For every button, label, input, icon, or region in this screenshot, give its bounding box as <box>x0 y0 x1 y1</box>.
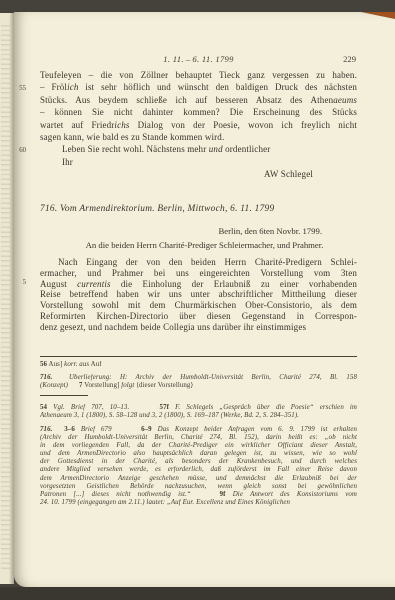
text-line: 54 Vgl. Brief 707, 10–13. 57f F. Schlege… <box>40 404 357 412</box>
running-head: 1. 11. – 6. 11. 1799 229 <box>40 53 357 65</box>
text-line: August currentis die Einholung der Erlau… <box>40 279 357 290</box>
apparatus-entry-letter-716: 716. Überlieferung: H: Archiv der Humbol… <box>40 374 357 391</box>
text-line: Athenaeum 3, 1 (1800), S. 58–128 und 3, … <box>40 412 357 420</box>
text-line: Reformirten Kirchen-Directorio über dies… <box>40 311 357 322</box>
text-line: Stücks. Aus beydem schließe ich auf bess… <box>40 94 357 106</box>
text-line: Patronen [...] dieses nicht nothwendig i… <box>40 491 357 499</box>
text-line: (Konzept) 7 Vorstellung] folgt ⟨dieser V… <box>40 382 357 390</box>
text-line: denz gesezt, und nachdem beide Collegia … <box>40 322 357 333</box>
text-line: 716. 3–6 Brief 679 6–9 Das Konzept beide… <box>40 426 357 434</box>
text-line: und dem ArmenDirectorio also hauptsächli… <box>40 450 357 458</box>
page-number: 229 <box>343 53 356 65</box>
letter-716-dateline: Berlin, den 6ten Novbr. 1799. <box>40 226 322 236</box>
text-line: in dem vorliegenden Fall, da der Charité… <box>40 442 357 450</box>
text-line: 716. Überlieferung: H: Archiv der Humbol… <box>40 374 357 382</box>
text-line: sagen kann, wie bald es zu Stande kommen… <box>40 131 357 143</box>
text-line: Reise betreffend haben wir uns unter abs… <box>40 289 357 300</box>
text-line: Ihr <box>40 156 357 168</box>
text-line: – können Sie nicht dahinter kommen? Die … <box>40 106 357 118</box>
text-line: Vorstellung sowohl mit dem Churmärkische… <box>40 300 357 311</box>
text-line: (Archiv der Humboldt-Universität Berlin,… <box>40 434 357 442</box>
text-line: 56 Aus] korr. aus Auf <box>40 361 357 369</box>
commentary-entry-letter-715: 54 Vgl. Brief 707, 10–13. 57f F. Schlege… <box>40 404 357 421</box>
text-line: ermacher, und Prahmer bei uns eingereich… <box>40 268 357 279</box>
text-line: Leben Sie recht wohl. Nächstens mehr und… <box>40 143 357 155</box>
running-head-date-range: 1. 11. – 6. 11. 1799 <box>40 53 357 65</box>
page-content: 1. 11. – 6. 11. 1799 229 55 60 5 Teufele… <box>0 0 395 600</box>
margin-line-number-55: 55 <box>14 85 26 93</box>
letter-716-body-text: Nach Eingang der von den beiden Herrn Ch… <box>40 257 357 332</box>
text-line: andere Mitglied versehen werde, es erfor… <box>40 466 357 474</box>
apparatus-entry-line-56: 56 Aus] korr. aus Auf <box>40 361 357 369</box>
letter-716-salutation: An die beiden Herrn Charité-Prediger Sch… <box>46 240 363 250</box>
text-line: wartet auf Friedrichs Dialog von der Poe… <box>40 119 357 131</box>
text-line: AW Schlegel <box>40 168 357 180</box>
commentary-entry-letter-716: 716. 3–6 Brief 679 6–9 Das Konzept beide… <box>40 426 357 507</box>
margin-line-number-5: 5 <box>14 279 26 287</box>
text-line: Nach Eingang der von den beiden Herrn Ch… <box>40 257 357 268</box>
margin-line-number-60: 60 <box>14 147 26 155</box>
commentary-divider-rule <box>40 395 88 396</box>
apparatus-divider-rule <box>40 356 357 357</box>
text-line: 24. 10. 1799 (eingegangen am 2.11.) laut… <box>40 499 357 507</box>
text-line: Teufeleyen – die von Zöllner behauptet T… <box>40 69 357 81</box>
book-scan: 1. 11. – 6. 11. 1799 229 55 60 5 Teufele… <box>0 0 395 600</box>
text-line: dem ArmenDirectorio Anzeige geschehen mü… <box>40 475 357 483</box>
letter-716-heading: 716. Vom Armendirektorium. Berlin, Mittw… <box>40 204 357 214</box>
letter-715-closing-text: Teufeleyen – die von Zöllner behauptet T… <box>40 69 357 181</box>
text-line: der Gottesdienst in der Charité, als bes… <box>40 458 357 466</box>
text-line: – Frölich ist sehr höflich und wünscht d… <box>40 81 357 93</box>
text-line: vorgesetzten Geistlichen Behörde nachzus… <box>40 483 357 491</box>
